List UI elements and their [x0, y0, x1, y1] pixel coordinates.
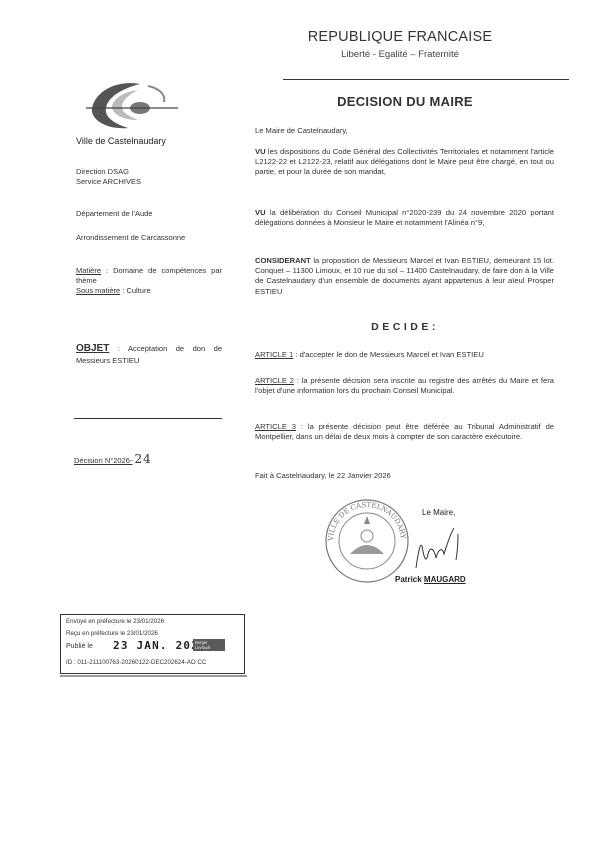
decision-number: Décision N°2026-24	[74, 452, 152, 466]
vu2-paragraph: VU la délibération du Conseil Municipal …	[255, 208, 554, 228]
matiere-block: Matière : Domaine de compétences par thè…	[76, 266, 222, 286]
document-title: DECISION DU MAIRE	[250, 94, 560, 109]
article3-text: : la présente décision peut être déférée…	[255, 422, 554, 441]
matiere-label: Matière	[76, 266, 101, 275]
vu1-paragraph: VU les dispositions du Code Général des …	[255, 147, 554, 178]
article2-text: : la présente décision sera inscrite au …	[255, 376, 554, 395]
vu1-text: les dispositions du Code Général des Col…	[255, 147, 554, 176]
article1-paragraph: ARTICLE 1 : d'accepter le don de Messieu…	[255, 350, 554, 360]
mayor-name: Patrick MAUGARD	[395, 575, 466, 584]
republic-title: REPUBLIQUE FRANCAISE	[280, 29, 520, 45]
article3-label: ARTICLE 3	[255, 422, 296, 431]
sous-matiere-value: : Culture	[120, 286, 150, 295]
mayor-last-name: MAUGARD	[424, 575, 466, 584]
objet-block: OBJET : Acceptation de don de Messieurs …	[76, 343, 222, 367]
handwritten-signature-icon	[410, 524, 470, 574]
departement-label: Département de l'Aude	[76, 209, 222, 219]
intro-text: Le Maire de Castelnaudary,	[255, 126, 554, 136]
direction-label: Direction DSAG	[76, 167, 222, 177]
service-label: Service ARCHIVES	[76, 177, 222, 187]
vu2-text: la délibération du Conseil Municipal n°2…	[255, 208, 554, 227]
sous-matiere-block: Sous matière : Culture	[76, 286, 222, 296]
article1-text: : d'accepter le don de Messieurs Marcel …	[293, 350, 484, 359]
prefecture-stamp: Envoyé en préfecture le 23/01/2026 Reçu …	[60, 614, 245, 674]
considerant-paragraph: CONSIDERANT la proposition de Messieurs …	[255, 256, 554, 297]
objet-label: OBJET	[76, 343, 109, 354]
article2-paragraph: ARTICLE 2 : la présente décision sera in…	[255, 376, 554, 396]
city-seal-icon: VILLE DE CASTELNAUDARY	[322, 496, 412, 586]
article3-paragraph: ARTICLE 3 : la présente décision peut êt…	[255, 422, 554, 442]
article2-label: ARTICLE 2	[255, 376, 294, 385]
stamp-published-label: Publié le	[66, 643, 93, 650]
header-divider	[283, 79, 569, 80]
stamp-received: Reçu en préfecture le 23/01/2026	[66, 630, 158, 637]
decision-number-handwritten: 24	[134, 452, 151, 466]
fait-a-text: Fait à Castelnaudary, le 22 Janvier 2026	[255, 471, 554, 481]
city-logo-icon	[78, 80, 182, 132]
signature-block: VILLE DE CASTELNAUDARY Le Maire, Patrick…	[322, 496, 492, 588]
considerant-label: CONSIDERANT	[255, 256, 311, 265]
stamp-sent: Envoyé en préfecture le 23/01/2026	[66, 618, 164, 625]
stamp-id: ID : 011-211100763-20260122-DEC202624-AO…	[66, 659, 206, 666]
sous-matiere-label: Sous matière	[76, 286, 120, 295]
arrondissement-label: Arrondissement de Carcassonne	[76, 233, 222, 243]
stamp-badge: Berger Levrault	[193, 639, 225, 651]
stamp-shadow	[60, 675, 247, 677]
vu1-label: VU	[255, 147, 266, 156]
signature-title: Le Maire,	[422, 508, 455, 517]
logo-caption: Ville de Castelnaudary	[76, 136, 166, 146]
left-divider	[74, 418, 222, 419]
decide-heading: DECIDE:	[250, 321, 560, 333]
republic-motto: Liberté - Egalité – Fraternité	[280, 49, 520, 60]
decision-label: Décision N°2026-	[74, 456, 132, 465]
mayor-first-name: Patrick	[395, 575, 424, 584]
article1-label: ARTICLE 1	[255, 350, 293, 359]
vu2-label: VU	[255, 208, 266, 217]
